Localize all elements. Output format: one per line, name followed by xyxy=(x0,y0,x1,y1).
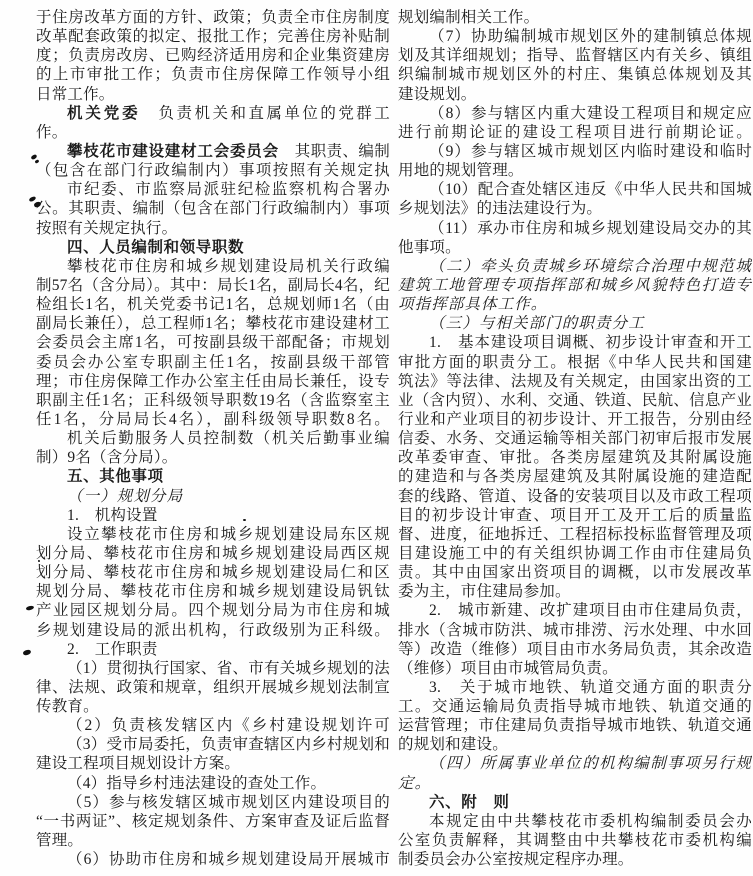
text-line: 的建造和与各类房屋建筑及其附属设施的建造配 xyxy=(398,467,752,486)
text-line: 等）改造（维修）项目由市水务局负责，其余改造 xyxy=(398,640,752,659)
text-columns: 于住房改革方面的方针、政策；负责全市住房制度改革配套政策的拟定、报批工作；完善住… xyxy=(36,8,752,869)
text-line: 责。其中由国家出资项目的调概，以市发展改革 xyxy=(398,563,752,582)
text-line: 攀枝花市住房和城乡规划建设局机关行政编 xyxy=(36,257,390,276)
text-line: 任1名，分局局长4名），副科级领导职数8名。 xyxy=(36,410,390,429)
text-line: 规划编制相关工作。 xyxy=(398,8,752,27)
text-line: （3）受市局委托，负责审查辖区内乡村规划和 xyxy=(36,735,390,754)
text-line: 目的初步设计审查、项目开工及开工后的质量监 xyxy=(398,506,752,525)
text-line: 乡规划建设局的派出机构，行政级别为正科级。 xyxy=(36,621,390,640)
text-line: 的规划和建设。 xyxy=(398,735,752,754)
text-line: （8）参与辖区内重大建设工程项目和规定应 xyxy=(398,104,752,123)
text-line: 度；负责房改房、已购经济适用房和企业集资建房 xyxy=(36,46,390,65)
text-line: （10）配合查处辖区违反《中华人民共和国城 xyxy=(398,180,752,199)
text-line: 业（含内贸）、水利、交通、铁道、民航、信息产业等 xyxy=(398,391,752,410)
text-line: 四、人员编制和领导职数 xyxy=(36,238,390,257)
text-line: 律、法规、政策和规章，组织开展城乡规划法制宣 xyxy=(36,678,390,697)
text-line: 乡规划法》的违法建设行为。 xyxy=(398,199,752,218)
ink-speck xyxy=(26,605,35,611)
text-line: 六、附 则 xyxy=(398,793,752,812)
text-line: 的上市审批工作；负责市住房保障工作领导小组 xyxy=(36,65,390,84)
text-line: 管理。 xyxy=(36,831,390,850)
text-line: 会委员会主席1名，可按副县级干部配备；市规划 xyxy=(36,333,390,352)
text-line: 改革委审查、审批。各类房屋建筑及其附属设施 xyxy=(398,448,752,467)
text-line: 设立攀枝花市住房和城乡规划建设局东区规 xyxy=(36,525,390,544)
text-line: 套的线路、管道、设备的安装项目以及市政工程项 xyxy=(398,487,752,506)
text-column-left: 于住房改革方面的方针、政策；负责全市住房制度改革配套政策的拟定、报批工作；完善住… xyxy=(36,8,390,869)
text-line: （一）规划分局 xyxy=(36,487,390,506)
text-line: 于住房改革方面的方针、政策；负责全市住房制度 xyxy=(36,8,390,27)
text-line: 划分局、攀枝花市住房和城乡规划建设局仁和区 xyxy=(36,563,390,582)
text-column-right: 规划编制相关工作。（7）协助编制城市规划区外的建制镇总体规划及其详细规划；指导、… xyxy=(398,8,752,869)
text-line: “一书两证”、核定规划条件、方案审查及证后监督 xyxy=(36,812,390,831)
text-line: 1. 基本建设项目调概、初步设计审查和开工 xyxy=(398,333,752,352)
text-line: 建设工程项目规划设计方案。 xyxy=(36,754,390,773)
text-line: 划分局、攀枝花市住房和城乡规划建设局西区规 xyxy=(36,544,390,563)
text-line: （三）与相关部门的职责分工 xyxy=(398,314,752,333)
text-line: 规划分局、攀枝花市住房和城乡规划建设局钒钛 xyxy=(36,582,390,601)
text-line: （2）负责核发辖区内《乡村建设规划许可证》。 xyxy=(36,716,390,735)
ink-speck xyxy=(22,649,31,656)
text-line: 检组长1名，机关党委书记1名，总规划师1名（由 xyxy=(36,295,390,314)
text-line: 筑法》等法律、法规及有关规定，由国家出资的工 xyxy=(398,372,752,391)
run-in-heading: 攀枝花市建设建材工会委员会 xyxy=(67,143,279,160)
text-line: 工。交通运输局负责指导城市地铁、轨道交通的 xyxy=(398,697,752,716)
text-line: 按照有关规定执行。 xyxy=(36,219,390,238)
text-line: 作。 xyxy=(36,123,390,142)
text-line: （包含在部门行政编制内）事项按照有关规定执行。 xyxy=(36,161,390,180)
text-line: 委为主，市住建局参加。 xyxy=(398,582,752,601)
text-line: 用地的规划管理。 xyxy=(398,161,752,180)
text-line: （二）牵头负责城乡环境综合治理中规范城乡 xyxy=(398,257,752,276)
document-page: 于住房改革方面的方针、政策；负责全市住房制度改革配套政策的拟定、报批工作；完善住… xyxy=(0,0,753,876)
text-line: 机关党委 负责机关和直属单位的党群工 xyxy=(36,104,390,123)
text-line: （9）参与辖区城市规划区内临时建设和临时 xyxy=(398,142,752,161)
text-line: 目建设施工中的有关组织协调工作由市住建局负 xyxy=(398,544,752,563)
text-line: （4）指导乡村违法建设的查处工作。 xyxy=(36,774,390,793)
body-text: 其职责、编制 xyxy=(279,143,390,160)
text-line: 2. 工作职责 xyxy=(36,640,390,659)
text-line: 织编制城市规划区外的村庄、集镇总体规划及其 xyxy=(398,65,752,84)
text-line: 日常工作。 xyxy=(36,85,390,104)
text-line: 排水（含城市防洪、城市排涝、污水处理、中水回用 xyxy=(398,621,752,640)
text-line: 3. 关于城市地铁、轨道交通方面的职责分 xyxy=(398,678,752,697)
text-line: （5）参与核发辖区城市规划区内建设项目的 xyxy=(36,793,390,812)
text-line: （7）协助编制城市规划区外的建制镇总体规 xyxy=(398,27,752,46)
text-line: 1. 机构设置 xyxy=(36,506,390,525)
text-line: 2. 城市新建、改扩建项目由市住建局负责， xyxy=(398,601,752,620)
text-line: 划及其详细规划；指导、监督辖区内有关乡、镇组 xyxy=(398,46,752,65)
text-line: 产业园区规划分局。四个规划分局为市住房和城 xyxy=(36,601,390,620)
text-line: （维修）项目由市城管局负责。 xyxy=(398,659,752,678)
text-line: 攀枝花市建设建材工会委员会 其职责、编制 xyxy=(36,142,390,161)
text-line: 机关后勤服务人员控制数（机关后勤事业编 xyxy=(36,429,390,448)
text-line: 建设规划。 xyxy=(398,85,752,104)
text-line: 理；市住房保障工作办公室主任由局长兼任，设专 xyxy=(36,372,390,391)
text-line: （1）贯彻执行国家、省、市有关城乡规划的法 xyxy=(36,659,390,678)
text-line: 建筑工地管理专项指挥部和城乡风貌特色打造专 xyxy=(398,276,752,295)
text-line: 职副主任1名；正科级领导职数19名（含监察室主 xyxy=(36,391,390,410)
text-line: （11）承办市住房和城乡规划建设局交办的其 xyxy=(398,219,752,238)
text-line: （6）协助市住房和城乡规划建设局开展城市 xyxy=(36,850,390,869)
text-line: 定。 xyxy=(398,774,752,793)
text-line: 公室负责解释，其调整由中共攀枝花市委机构编 xyxy=(398,831,752,850)
text-line: 审批方面的职责分工。根据《中华人民共和国建 xyxy=(398,353,752,372)
text-line: 他事项。 xyxy=(398,238,752,257)
ink-speck xyxy=(243,519,246,521)
text-line: 制57名（含分局）。其中：局长1名，副局长4名，纪 xyxy=(36,276,390,295)
text-line: 五、其他事项 xyxy=(36,467,390,486)
text-line: 督、进度，征地拆迁、工程招标投标监督管理及项 xyxy=(398,525,752,544)
text-line: 行业和产业项目的初步设计、开工报告，分别由经 xyxy=(398,410,752,429)
text-line: 信委、水务、交通运输等相关部门初审后报市发展 xyxy=(398,429,752,448)
text-line: （四）所属事业单位的机构编制事项另行规 xyxy=(398,754,752,773)
text-line: 制）9名（含分局）。 xyxy=(36,448,390,467)
body-text: 负责机关和直属单位的党群工 xyxy=(141,105,390,122)
text-line: 委员会办公室专职副主任1名，按副县级干部管 xyxy=(36,353,390,372)
text-line: 制委员会办公室按规定程序办理。 xyxy=(398,850,752,869)
text-line: 项指挥部具体工作。 xyxy=(398,295,752,314)
text-line: 公。其职责、编制（包含在部门行政编制内）事项 xyxy=(36,199,390,218)
text-line: 副局长兼任），总工程师1名；攀枝花市建设建材工 xyxy=(36,314,390,333)
text-line: 进行前期论证的建设工程项目进行前期论证。 xyxy=(398,123,752,142)
text-line: 改革配套政策的拟定、报批工作；完善住房补贴制 xyxy=(36,27,390,46)
text-line: 传教育。 xyxy=(36,697,390,716)
ink-speck xyxy=(38,560,40,562)
text-line: 市纪委、市监察局派驻纪检监察机构合署办 xyxy=(36,180,390,199)
text-line: 运营管理；市住建局负责指导城市地铁、轨道交通 xyxy=(398,716,752,735)
run-in-heading: 机关党委 xyxy=(67,105,141,122)
text-line: 本规定由中共攀枝花市委机构编制委员会办 xyxy=(398,812,752,831)
